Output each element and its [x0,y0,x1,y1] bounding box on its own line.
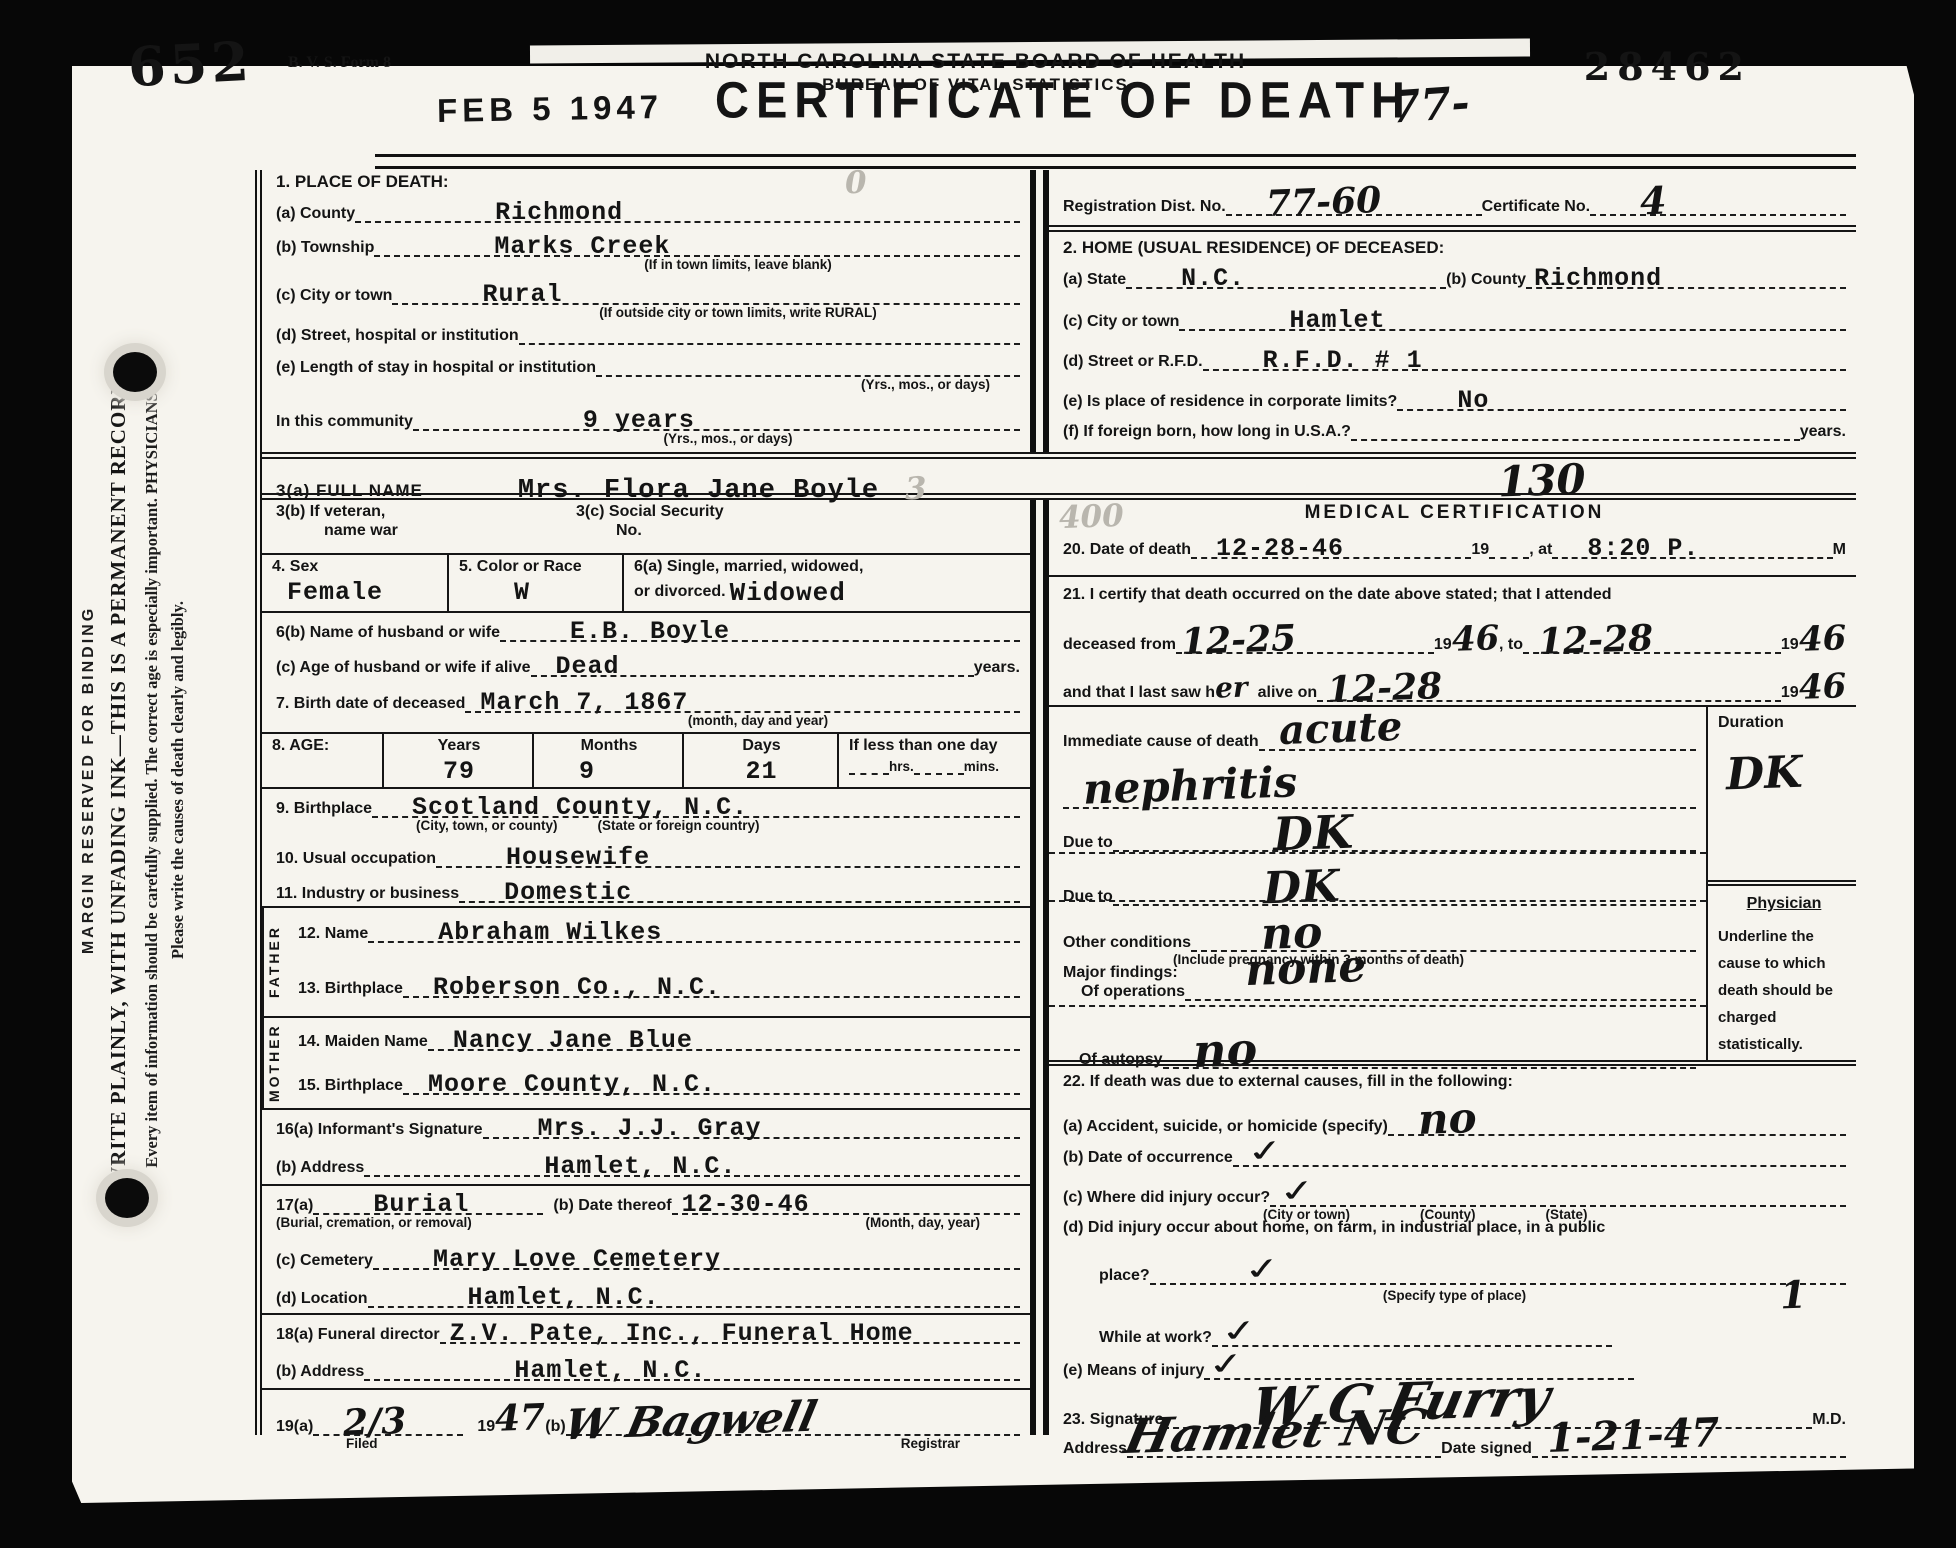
age-less-than-day-label: If less than one day [849,736,1022,755]
form-body: 1. PLACE OF DEATH: (a) County Richmond 0… [255,170,1856,1435]
certificate-no-value: 4 [1639,182,1667,221]
race-value: W [514,580,614,605]
spouse-age-label: (c) Age of husband or wife if alive [276,658,531,677]
external-causes-heading: 22. If death was due to external causes,… [1063,1073,1513,1090]
date-of-death-m: M [1833,540,1846,559]
disposition-date-label: (b) Date thereof [553,1196,671,1215]
occupation-label: 10. Usual occupation [276,849,436,868]
sex-value: Female [287,580,439,605]
registrar-signature: W Bagwell [560,1396,820,1447]
ssn-label: 3(c) Social Security [576,502,724,521]
filed-date-value: 2/3 [343,1403,407,1441]
form-title: CERTIFICATE OF DEATH [715,70,1412,129]
medical-certification-heading: MEDICAL CERTIFICATION [1305,502,1605,523]
industry-label: 11. Industry or business [276,884,459,903]
due-to-1-label: Due to [1063,833,1113,852]
foreign-born-unit: years. [1800,422,1846,441]
disposition-date-note: (Month, day, year) [865,1215,980,1231]
county-value: Richmond [495,198,623,227]
disposition-type-value: Burial [373,1190,469,1219]
informant-signature-value: Mrs. J.J. Gray [538,1114,762,1143]
title-rule [375,154,1856,169]
date-of-death-value: 12-28-46 [1216,534,1344,563]
home-county-label: (b) County [1446,270,1526,289]
occupation-value: Housewife [506,843,650,872]
home-state-value: N.C. [1181,264,1245,293]
county-pencil-mark: 0 [845,168,868,200]
race-label: 5. Color or Race [459,558,582,575]
physician-title: Physician [1718,894,1850,913]
alive-on-label: alive on [1258,683,1318,702]
informant-address-value: Hamlet, N.C. [544,1152,736,1181]
certify-to-date: 12-28 [1537,620,1653,660]
lower-band: 3(b) If veteran, name war 3(c) Social Se… [262,500,1856,1435]
community-note: (Yrs., mos., or days) [436,431,1020,447]
medical-column: MEDICAL CERTIFICATION 400 20. Date of de… [1049,500,1856,1435]
age-days-value: 21 [694,759,829,784]
external-b-checkmark: ✓ [1243,1132,1288,1170]
personal-column: 3(b) If veteran, name war 3(c) Social Se… [262,500,1030,1435]
duration-physician-sidebar: Duration DK Physician Underline the caus… [1706,707,1856,1060]
certify-y3-hand: 46 [1798,669,1846,705]
home-city-value: Hamlet [1289,306,1385,335]
registration-dist-value: 77-60 [1265,182,1381,222]
certify-line1: 21. I certify that death occurred on the… [1063,585,1846,604]
corporate-limits-value: No [1457,386,1489,415]
mother-name-label: 14. Maiden Name [298,1032,428,1051]
birth-date-label: 7. Birth date of deceased [276,694,465,713]
certify-y1-hand: 46 [1451,621,1499,657]
mother-birthplace-label: 15. Birthplace [298,1076,403,1095]
margin-permanent-line: WRITE PLAINLY, WITH UNFADING INK—THIS IS… [106,135,131,1425]
certify-y2-printed: 19 [1781,635,1799,654]
county-label: (a) County [276,204,355,223]
mother-name-value: Nancy Jane Blue [453,1026,693,1055]
certificate-no-label: Certificate No. [1482,197,1590,216]
duration-value: DK [1725,751,1803,798]
received-date-stamp: FEB 5 1947 [437,88,664,130]
place-of-death-column: 1. PLACE OF DEATH: (a) County Richmond 0… [262,170,1030,452]
of-operations-label: Of operations [1081,982,1185,1001]
certify-y3-printed: 19 [1781,683,1799,702]
informant-address-label: (b) Address [276,1158,364,1177]
home-street-label: (d) Street or R.F.D. [1063,352,1203,371]
ssn-label2: No. [616,521,724,540]
external-d-label1: (d) Did injury occur about home, on farm… [1063,1219,1605,1236]
funeral-director-address-value: Hamlet, N.C. [514,1356,706,1385]
time-of-death-value: 8:20 P. [1587,534,1699,563]
registration-dist-label: Registration Dist. No. [1063,197,1226,216]
certify-y2-hand: 46 [1798,621,1846,657]
home-heading: 2. HOME (USUAL RESIDENCE) OF DECEASED: [1063,238,1444,257]
father-name-value: Abraham Wilkes [438,918,662,947]
column-divider-upper [1030,170,1049,452]
marital-value: Widowed [730,578,846,608]
community-label: In this community [276,412,413,431]
lastsaw-hand: er [1215,674,1249,703]
age-label: 8. AGE: [272,737,329,754]
immediate-cause-label: Immediate cause of death [1063,732,1259,751]
major-findings-value: none [1244,945,1367,993]
form-header: B. V. S. Form 8 NORTH CAROLINA STATE BOA… [255,28,1856,170]
father-birthplace-value: Roberson Co., N.C. [433,973,721,1002]
home-state-label: (a) State [1063,270,1126,289]
community-value: 9 years [583,406,695,435]
sex-label: 4. Sex [272,558,318,575]
margin-care-line1: Every item of information should be care… [139,135,165,1425]
margin-care-paragraph: Every item of information should be care… [139,135,190,1425]
father-side-label: FATHER [262,908,284,1016]
township-value: Marks Creek [494,232,670,261]
certify-y1-printed: 19 [1434,635,1452,654]
external-d-label2: place? [1099,1266,1150,1285]
hole-punch-bottom [105,1178,149,1218]
margin-binding-line: MARGIN RESERVED FOR BINDING [80,135,98,1425]
age-mins-label: mins. [964,759,999,775]
age-days-label: Days [694,736,829,755]
cemetery-location-label: (d) Location [276,1289,368,1308]
birthplace-label: 9. Birthplace [276,799,372,818]
cemetery-value: Mary Love Cemetery [433,1245,721,1274]
street-hospital-label: (d) Street, hospital or institution [276,326,519,345]
residence-column: Registration Dist. No. 77-60 Certificate… [1049,170,1856,452]
date-signed-label: Date signed [1441,1439,1532,1458]
major-findings-label: Major findings: [1063,963,1185,982]
spouse-label: 6(b) Name of husband or wife [276,623,500,642]
mother-birthplace-value: Moore County, N.C. [428,1070,716,1099]
veteran-label: 3(b) If veteran, [276,502,576,521]
date-of-death-year-printed: 19 [1471,540,1489,559]
veteran-label2: name war [324,521,576,540]
full-name-label: 3(a) FULL NAME [276,481,423,501]
full-name-row: 3(a) FULL NAME Mrs. Flora Jane Boyle 3 1… [262,452,1856,500]
birthplace-value: Scotland County, N.C. [412,793,748,822]
township-label: (b) Township [276,238,374,257]
home-city-label: (c) City or town [1063,312,1179,331]
binding-margin-text: MARGIN RESERVED FOR BINDING WRITE PLAINL… [80,135,230,1425]
filed-label: 19(a) [276,1417,313,1436]
place-of-death-heading: 1. PLACE OF DEATH: [276,172,449,191]
upper-band: 1. PLACE OF DEATH: (a) County Richmond 0… [262,170,1856,452]
age-years-value: 79 [394,759,524,784]
lastsaw-label: and that I last saw h [1063,683,1215,702]
mother-side-label: MOTHER [262,1018,284,1108]
city-or-town-label: (c) City or town [276,286,392,305]
external-d-note: (Specify type of place) [1063,1288,1846,1304]
registrar-note: Registrar [901,1436,960,1452]
father-birthplace-label: 13. Birthplace [298,979,403,998]
disposition-date-value: 12-30-46 [682,1190,810,1219]
external-d-checkmark: ✓ [1240,1250,1285,1288]
spouse-value: E.B. Boyle [570,617,730,646]
cemetery-label: (c) Cemetery [276,1251,373,1270]
spouse-age-unit: years. [974,658,1020,677]
corporate-limits-label: (e) Is place of residence in corporate l… [1063,392,1397,411]
length-of-stay-note: (Yrs., mos., or days) [276,377,990,393]
filed-year-hand: 47 [495,1399,546,1437]
father-name-label: 12. Name [298,924,368,943]
certify-from-date: 12-25 [1180,620,1296,660]
column-divider-lower [1030,500,1049,1435]
foreign-born-label: (f) If foreign born, how long in U.S.A.? [1063,422,1351,441]
certifier-address: Hamlet NC [1121,1403,1431,1461]
funeral-director-address-label: (b) Address [276,1362,364,1381]
marital-label2: or divorced. [634,583,726,600]
birth-date-value: March 7, 1867 [480,688,688,717]
marital-label: 6(a) Single, married, widowed, [634,557,1022,576]
date-signed-value: 1-21-47 [1546,1413,1720,1459]
cemetery-location-value: Hamlet, N.C. [468,1283,660,1312]
funeral-director-value: Z.V. Pate, Inc., Funeral Home [450,1319,914,1348]
city-or-town-value: Rural [482,280,562,309]
date-of-death-at: , at [1529,540,1552,559]
external-b-label: (b) Date of occurrence [1063,1148,1233,1167]
certifier-address-label: Address [1063,1439,1127,1458]
serial-number: 28462 [1584,44,1751,89]
funeral-director-label: 18(a) Funeral director [276,1325,440,1344]
hole-punch-top [113,352,157,392]
length-of-stay-label: (e) Length of stay in hospital or instit… [276,358,596,377]
external-c-label: (c) Where did injury occur? [1063,1188,1270,1207]
lastsaw-date: 12-28 [1327,668,1443,708]
external-c-checkmark: ✓ [1275,1172,1320,1210]
date-of-death-label: 20. Date of death [1063,540,1191,559]
informant-signature-label: 16(a) Informant's Signature [276,1120,483,1139]
physician-note: Underline the cause to which death shoul… [1718,923,1850,1058]
filed-year-printed: 19 [477,1417,495,1436]
margin-care-line2: Please write the causes of death clearly… [165,135,191,1425]
death-certificate-form: B. V. S. Form 8 NORTH CAROLINA STATE BOA… [255,28,1856,1435]
home-street-value: R.F.D. # 1 [1263,346,1423,375]
home-county-value: Richmond [1534,264,1662,293]
certify-to-label: , to [1499,635,1523,654]
age-months-value: 9 [579,759,674,784]
spouse-age-value: Dead [556,652,620,681]
due-to-1-value: DK [1272,809,1353,858]
age-years-label: Years [394,736,524,755]
disposition-type-label: 17(a) [276,1196,313,1215]
certify-from-label: deceased from [1063,635,1176,654]
immediate-cause-hand1: acute [1278,707,1403,751]
duration-label: Duration [1718,713,1850,732]
age-hrs-label: hrs. [889,759,914,775]
sheet-number-stamp: 652 [126,29,254,99]
age-months-label: Months [544,736,674,755]
industry-value: Domestic [504,878,632,907]
title-handwritten-note: 77- [1388,77,1471,133]
page-mark-130: 130 [1497,458,1586,503]
